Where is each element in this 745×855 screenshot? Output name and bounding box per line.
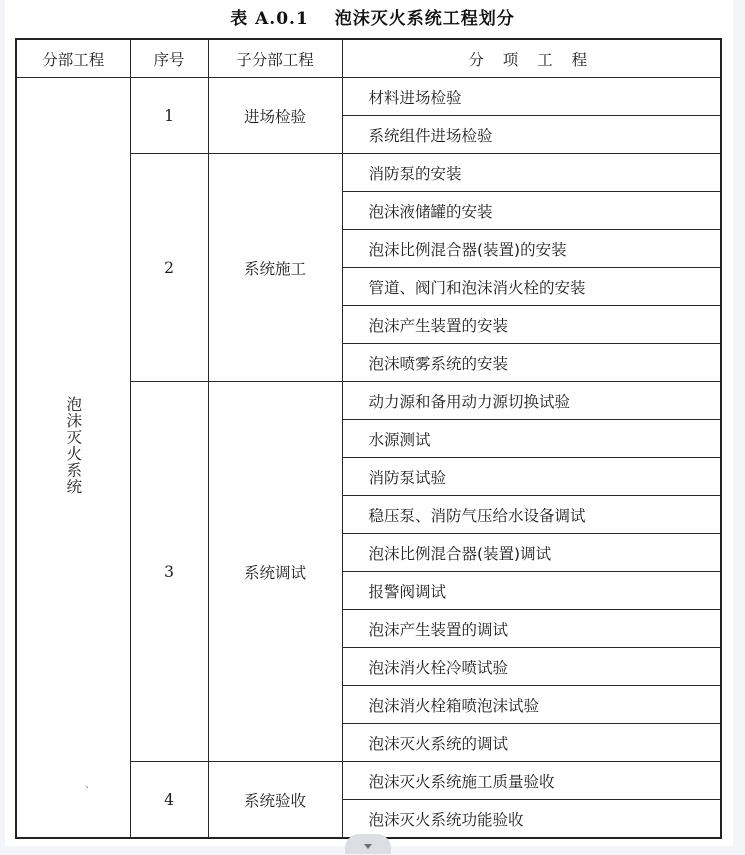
chevron-down-icon	[364, 844, 372, 849]
header-sub-division: 子分部工程	[208, 39, 342, 78]
sub-item: 泡沫产生装置的安装	[342, 306, 721, 344]
table-title: 泡沫灭火系统工程划分	[335, 9, 515, 29]
sub-item: 水源测试	[342, 420, 721, 458]
sub-item: 泡沫消火栓箱喷泡沫试验	[342, 686, 721, 724]
header-number: 序号	[130, 39, 208, 78]
sub-item: 泡沫比例混合器(装置)调试	[342, 534, 721, 572]
sub-item: 泡沫消火栓冷喷试验	[342, 648, 721, 686]
header-row: 分部工程 序号 子分部工程 分 项 工 程	[16, 39, 721, 78]
header-division: 分部工程	[16, 39, 130, 78]
group-number: 1	[130, 78, 208, 154]
engineering-division-table: 分部工程 序号 子分部工程 分 项 工 程 泡沫灭火系统 ` 1 进场检验 材料…	[15, 38, 722, 839]
sub-item: 消防泵试验	[342, 458, 721, 496]
sub-item: 消防泵的安装	[342, 154, 721, 192]
division-cell: 泡沫灭火系统 `	[16, 78, 130, 839]
division-name: 泡沫灭火系统	[62, 396, 84, 495]
sub-division: 进场检验	[208, 78, 342, 154]
group-number: 3	[130, 382, 208, 762]
sub-item: 材料进场检验	[342, 78, 721, 116]
sub-item: 动力源和备用动力源切换试验	[342, 382, 721, 420]
table-number: 表 A.0.1	[230, 9, 309, 29]
sub-item: 泡沫灭火系统功能验收	[342, 800, 721, 839]
sub-item: 泡沫灭火系统的调试	[342, 724, 721, 762]
table-caption: 表 A.0.1泡沫灭火系统工程划分	[0, 4, 745, 29]
sub-item: 泡沫产生装置的调试	[342, 610, 721, 648]
sub-item: 报警阀调试	[342, 572, 721, 610]
scroll-down-button[interactable]	[345, 834, 391, 854]
sub-item: 泡沫灭火系统施工质量验收	[342, 762, 721, 800]
sub-division: 系统验收	[208, 762, 342, 839]
stray-mark: `	[85, 786, 90, 797]
table-row: 泡沫灭火系统 ` 1 进场检验 材料进场检验	[16, 78, 721, 116]
sub-item: 泡沫液储罐的安装	[342, 192, 721, 230]
sub-item: 管道、阀门和泡沫消火栓的安装	[342, 268, 721, 306]
sub-division: 系统调试	[208, 382, 342, 762]
sub-item: 泡沫比例混合器(装置)的安装	[342, 230, 721, 268]
sub-item: 系统组件进场检验	[342, 116, 721, 154]
sub-item: 泡沫喷雾系统的安装	[342, 344, 721, 382]
group-number: 2	[130, 154, 208, 382]
header-sub-item: 分 项 工 程	[342, 39, 721, 78]
sub-division: 系统施工	[208, 154, 342, 382]
group-number: 4	[130, 762, 208, 839]
sub-item: 稳压泵、消防气压给水设备调试	[342, 496, 721, 534]
